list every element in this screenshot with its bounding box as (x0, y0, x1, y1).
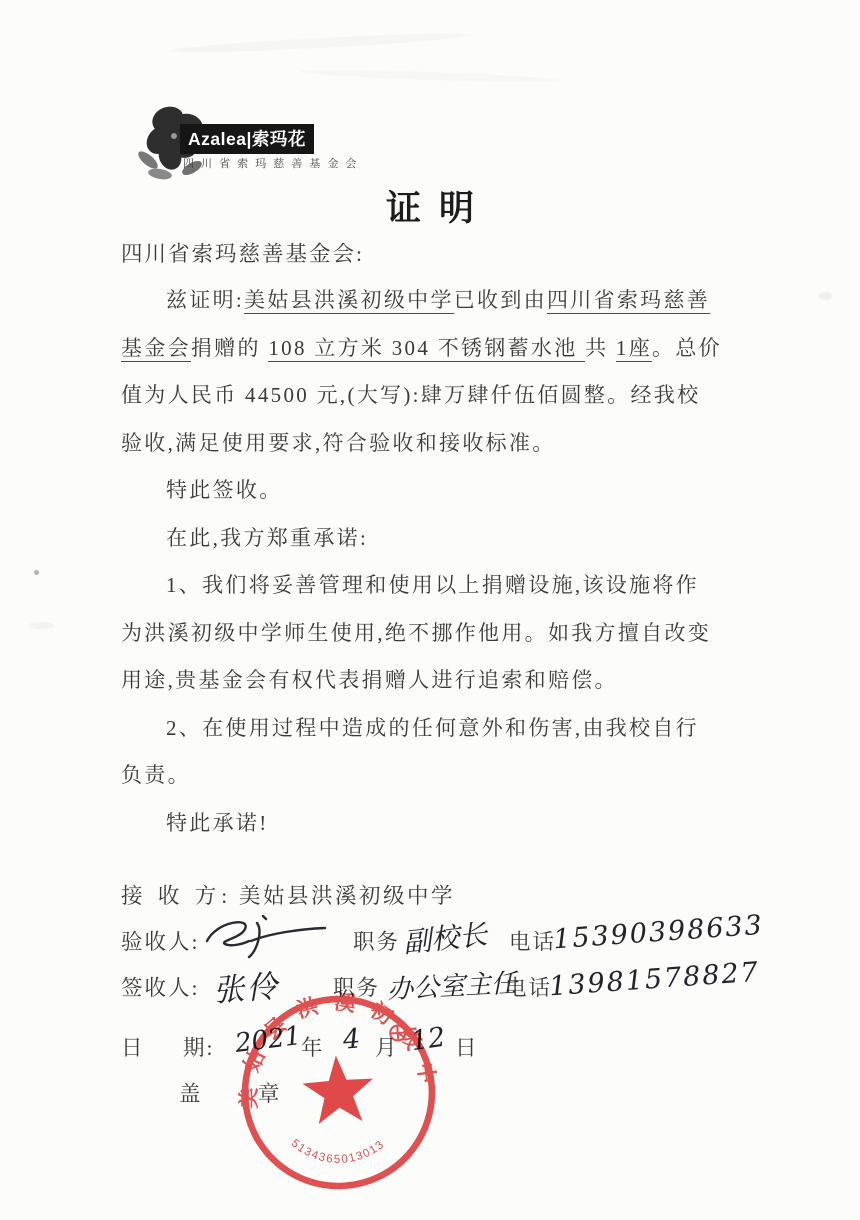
body-line: 1、我们将妥善管理和使用以上捐赠设施,该设施将作 (121, 569, 769, 617)
scan-smudge (34, 570, 39, 575)
receiver-label: 接 收 方: (121, 879, 232, 910)
scanned-certificate-page: Azalea|索玛花 四 川 省 索 玛 慈 善 基 金 会 证明 四川省索玛慈… (0, 0, 860, 1220)
body-line: 2、在使用过程中造成的任何意外和伤害,由我校自行 (121, 712, 769, 760)
body-line: 基金会捐赠的 108 立方米 304 不锈钢蓄水池 共 1座。总价 (121, 332, 769, 380)
signer-label: 签收人: (121, 971, 199, 1002)
inspector-label: 验收人: (121, 925, 199, 956)
scan-smudge (300, 67, 560, 84)
document-title: 证明 (0, 181, 860, 231)
date-day-unit: 日 (455, 1031, 479, 1062)
body-line: 负责。 (121, 759, 769, 807)
signer-row: 签收人: 张伶 职务 办公室主任 电话 13981578827 (121, 971, 801, 1023)
body-line: 用途,贵基金会有权代表捐赠人进行追索和赔偿。 (121, 664, 769, 712)
seal-label-row: 盖 章 (121, 1077, 801, 1129)
inspector-phone-label: 电话 (509, 925, 556, 956)
official-red-seal: 美姑县洪溪初级中学 5134365013013 (229, 983, 449, 1203)
date-label-1: 日 (121, 1031, 145, 1062)
body-line: 值为人民币 44500 元,(大写):肆万肆仟伍佰圆整。经我校 (121, 379, 769, 427)
seal-crossed-circle-icon (390, 1025, 406, 1041)
svg-text:5134365013013: 5134365013013 (288, 1131, 388, 1169)
body-line: 特此签收。 (121, 474, 769, 522)
date-label-2: 期: (183, 1031, 214, 1062)
body-line: 验收,满足使用要求,符合验收和接收标准。 (121, 427, 769, 475)
scan-smudge (170, 30, 470, 56)
seal-star-icon (301, 1053, 376, 1125)
salutation: 四川省索玛慈善基金会: (121, 237, 364, 268)
inspector-duty-label: 职务 (353, 925, 400, 956)
letterhead: Azalea|索玛花 四 川 省 索 玛 慈 善 基 金 会 (130, 98, 360, 190)
seal-code-number: 5134365013013 (288, 1131, 388, 1169)
body-paragraphs: 兹证明:美姑县洪溪初级中学已收到由四川省索玛慈善基金会捐赠的 108 立方米 3… (121, 284, 769, 854)
signer-phone-label: 电话 (505, 971, 552, 1002)
inspector-signature-scribble (199, 911, 339, 963)
scan-smudge (818, 292, 832, 300)
inspector-duty-handwritten: 副校长 (401, 913, 489, 962)
date-row: 日 期: 2021 年 4 月 12 日 (121, 1031, 801, 1083)
body-line: 特此承诺! (121, 807, 769, 855)
receiver-value: 美姑县洪溪初级中学 (239, 879, 455, 910)
foundation-brand: Azalea|索玛花 (180, 124, 314, 154)
body-line: 为洪溪初级中学师生使用,绝不挪作他用。如我方擅自改变 (121, 617, 769, 665)
body-line: 兹证明:美姑县洪溪初级中学已收到由四川省索玛慈善 (121, 284, 769, 332)
foundation-name: 四 川 省 索 玛 慈 善 基 金 会 (183, 155, 359, 171)
body-line: 在此,我方郑重承诺: (121, 522, 769, 570)
scan-smudge (28, 622, 54, 629)
